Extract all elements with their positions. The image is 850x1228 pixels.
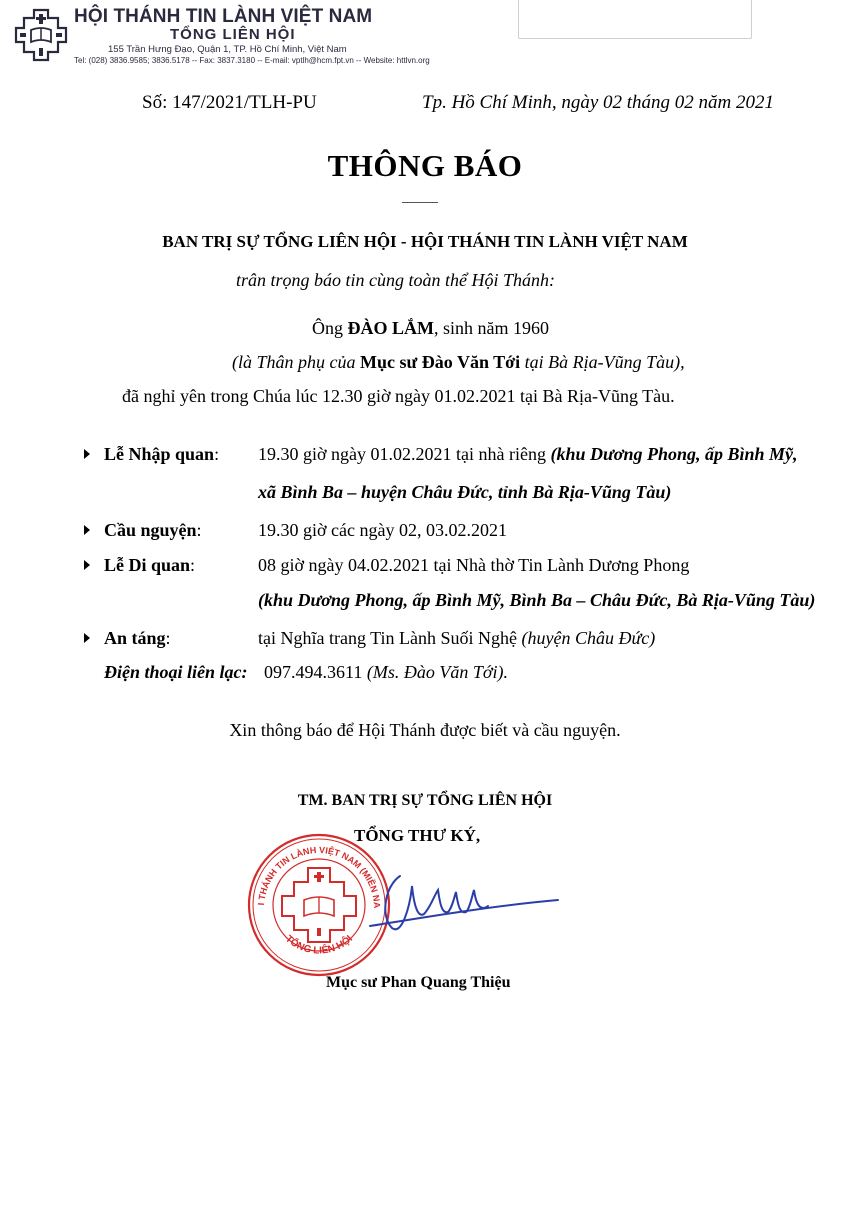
issuer-line: BAN TRỊ SỰ TỔNG LIÊN HỘI - HỘI THÁNH TIN… (0, 232, 850, 252)
header-empty-box (518, 0, 752, 39)
schedule-continuation: (khu Dương Phong, ấp Bình Mỹ, Bình Ba – … (258, 590, 815, 611)
birth-year: , sinh năm 1960 (434, 318, 549, 338)
document-place-date: Tp. Hồ Chí Minh, ngày 02 tháng 02 năm 20… (422, 92, 774, 114)
triangle-bullet-icon (84, 525, 90, 535)
deceased-name: ĐÀO LẮM (348, 318, 435, 338)
relation-line: (là Thân phụ của Mục sư Đào Văn Tới tại … (232, 352, 685, 373)
deceased-line: Ông ĐÀO LẮM, sinh năm 1960 (312, 318, 549, 339)
schedule-value: tại Nghĩa trang Tin Lành Suối Nghệ (huyệ… (258, 628, 655, 649)
schedule-value: 19.30 giờ các ngày 02, 03.02.2021 (258, 520, 507, 541)
handwritten-signature (330, 856, 570, 956)
document-number: Số: 147/2021/TLH-PU (142, 92, 317, 114)
schedule-continuation: xã Bình Ba – huyện Châu Đức, tỉnh Bà Rịa… (258, 482, 671, 503)
triangle-bullet-icon (84, 633, 90, 643)
schedule-label: An táng: (104, 628, 171, 649)
contact-phone: 097.494.3611 (Ms. Đào Văn Tới). (264, 662, 508, 683)
church-cross-emblem-icon (14, 8, 68, 62)
closing-line: Xin thông báo để Hội Thánh được biết và … (0, 720, 850, 741)
organization-subtitle: TỔNG LIÊN HỘI (170, 26, 296, 43)
passing-line: đã nghỉ yên trong Chúa lúc 12.30 giờ ngà… (122, 386, 675, 407)
triangle-bullet-icon (84, 560, 90, 570)
contact-label: Điện thoại liên lạc: (104, 662, 248, 683)
signature-organization: TM. BAN TRỊ SỰ TỔNG LIÊN HỘI (0, 792, 850, 810)
relation-name: Mục sư Đào Văn Tới (360, 352, 520, 372)
triangle-bullet-icon (84, 449, 90, 459)
schedule-value: 08 giờ ngày 04.02.2021 tại Nhà thờ Tin L… (258, 555, 689, 576)
organization-contact: Tel: (028) 3836.9585; 3836.5178 -- Fax: … (74, 56, 430, 65)
document-title: THÔNG BÁO (0, 148, 850, 184)
schedule-label: Lễ Di quan: (104, 555, 195, 576)
relation-close: tại Bà Rịa-Vũng Tàu), (520, 352, 685, 372)
schedule-label: Lễ Nhập quan: (104, 444, 219, 465)
person-prefix: Ông (312, 318, 348, 338)
organization-address: 155 Trần Hưng Đạo, Quận 1, TP. Hồ Chí Mi… (108, 44, 347, 55)
signatory-name: Mục sư Phan Quang Thiệu (326, 974, 510, 992)
intro-line: trân trọng báo tin cùng toàn thể Hội Thá… (236, 270, 555, 291)
schedule-value: 19.30 giờ ngày 01.02.2021 tại nhà riêng … (258, 444, 798, 465)
schedule-label: Cầu nguyện: (104, 520, 202, 541)
title-divider (402, 202, 438, 203)
organization-name: HỘI THÁNH TIN LÀNH VIỆT NAM (74, 6, 372, 28)
relation-open: (là Thân phụ của (232, 352, 360, 372)
